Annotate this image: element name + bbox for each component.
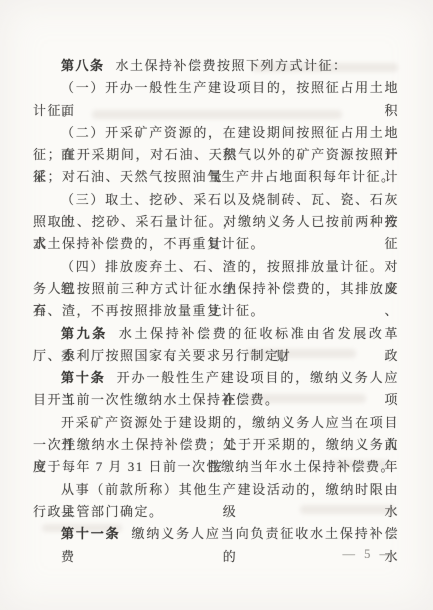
text-line: （四）排放废弃土、石、渣的，按照排放量计征。对缴纳义 xyxy=(33,256,399,278)
line-text: 行政主管部门确定。 xyxy=(33,504,164,519)
text-line: 第八条水土保持补偿费按照下列方式计征： xyxy=(33,55,399,77)
text-line: 第十一条缴纳义务人应当向负责征收水土保持补偿费的水 xyxy=(33,523,399,545)
article-number: 第九条 xyxy=(61,326,108,341)
line-text: 目开工前一次性缴纳水土保持补偿费。 xyxy=(33,392,280,407)
article-number: 第十一条 xyxy=(61,526,121,541)
text-line: 照取土、挖砂、采石量计征。对缴纳义务人已按前两种方式计征 xyxy=(33,211,399,233)
text-line: 务人已按照前三种方式计征水土保持补偿费的，其排放废弃土、 xyxy=(33,278,399,300)
text-line: 开采矿产资源处于建设期的，缴纳义务人应当在项目开工前 xyxy=(33,412,399,434)
line-text: 度于每年 7 月 31 日前一次性缴纳当年水土保持补偿费。 xyxy=(33,459,395,474)
line-text: （一）开办一般性生产建设项目的，按照征占用土地面积 xyxy=(61,80,399,117)
line-text: 计征。 xyxy=(33,103,77,118)
line-text: 石、渣，不再按照排放量重复计征。 xyxy=(33,303,265,318)
text-line: 度于每年 7 月 31 日前一次性缴纳当年水土保持补偿费。 xyxy=(33,456,399,478)
text-line: （三）取土、挖砂、采石以及烧制砖、瓦、瓷、石灰的，按 xyxy=(33,189,399,211)
text-line: 第九条水土保持补偿费的征收标准由省发展改革委、财政 xyxy=(33,323,399,345)
line-text: 水土保持补偿费按照下列方式计征： xyxy=(116,58,348,73)
text-line: 征；在开采期间，对石油、天然气以外的矿产资源按照开采量计 xyxy=(33,144,399,166)
text-line: 征；对石油、天然气按照油气生产井占地面积每年计征。 xyxy=(33,166,399,188)
page-number: — 5 — xyxy=(343,547,396,562)
text-line: 从事（前款所称）其他生产建设活动的，缴纳时限由县级水 xyxy=(33,479,399,501)
document-lines: 第八条水土保持补偿费按照下列方式计征：（一）开办一般性生产建设项目的，按照征占用… xyxy=(33,55,399,546)
text-line: （二）开采矿产资源的，在建设期间按照征占用土地面积计 xyxy=(33,122,399,144)
line-text: 水土保持补偿费的，不再重复计征。 xyxy=(33,236,265,251)
article-number: 第十条 xyxy=(61,370,106,385)
line-text: 征；对石油、天然气按照油气生产井占地面积每年计征。 xyxy=(33,169,396,184)
scanned-document-page: 第八条水土保持补偿费按照下列方式计征：（一）开办一般性生产建设项目的，按照征占用… xyxy=(0,0,433,610)
text-line: 第十条开办一般性生产建设项目的，缴纳义务人应当在项 xyxy=(33,367,399,389)
text-line: （一）开办一般性生产建设项目的，按照征占用土地面积 xyxy=(33,77,399,99)
text-line: 一次性缴纳水土保持补偿费；处于开采期的，缴纳义务人应按年 xyxy=(33,434,399,456)
line-text: 厅、水利厅按照国家有关要求另行制定。 xyxy=(33,348,294,363)
article-number: 第八条 xyxy=(61,58,105,73)
